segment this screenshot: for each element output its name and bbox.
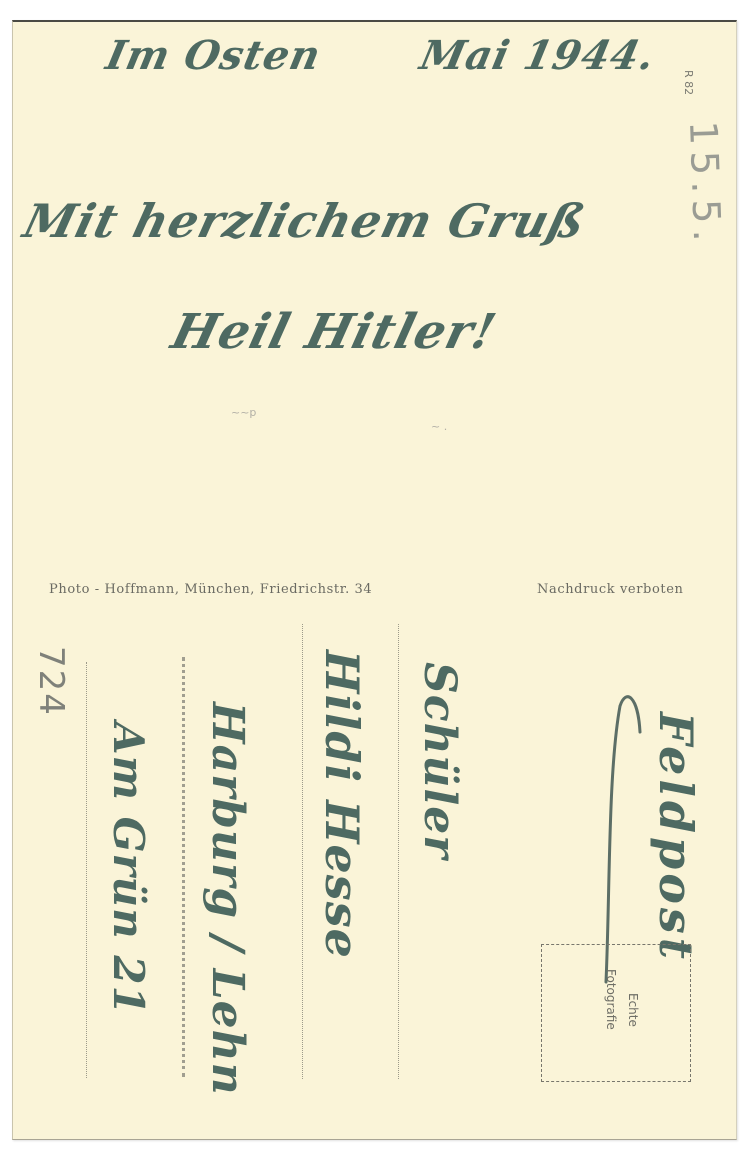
stamp-label-echte: Echte (626, 993, 640, 1027)
pencil-date: 15.5. (681, 120, 729, 248)
publisher-imprint: Photo - Hoffmann, München, Friedrichstr.… (49, 582, 372, 597)
address-line-3: Harburg / Lehn (202, 702, 253, 1096)
message-place: Im Osten (102, 32, 325, 79)
feldpost-marking: Feldpost (649, 712, 703, 963)
pencil-number: 724 (31, 646, 71, 717)
faint-mark: ~ . (431, 420, 447, 433)
address-line-4-rule (86, 662, 87, 1078)
stamp-box: Echte Fotografie (541, 944, 691, 1082)
address-line-3-rule (182, 657, 185, 1077)
faint-mark: ~~p (231, 406, 256, 419)
reprint-notice: Nachdruck verboten (537, 582, 683, 597)
printed-code: R 82 (682, 70, 695, 95)
address-line-2-rule (302, 624, 303, 1079)
address-line-2: Hildi Hesse (315, 650, 369, 959)
address-line-4: Am Grün 21 (104, 722, 153, 1016)
message-greeting: Mit herzlichem Gruß (18, 194, 591, 248)
address-line-1-rule (398, 624, 399, 1079)
message-date: Mai 1944. (416, 32, 660, 79)
stamp-label-fotografie: Fotografie (604, 969, 618, 1030)
postcard-back: Im Osten Mai 1944. R 82 15.5. Mit herzli… (12, 20, 737, 1140)
message-salute: Heil Hitler! (166, 304, 502, 360)
address-line-1: Schüler (414, 662, 465, 859)
